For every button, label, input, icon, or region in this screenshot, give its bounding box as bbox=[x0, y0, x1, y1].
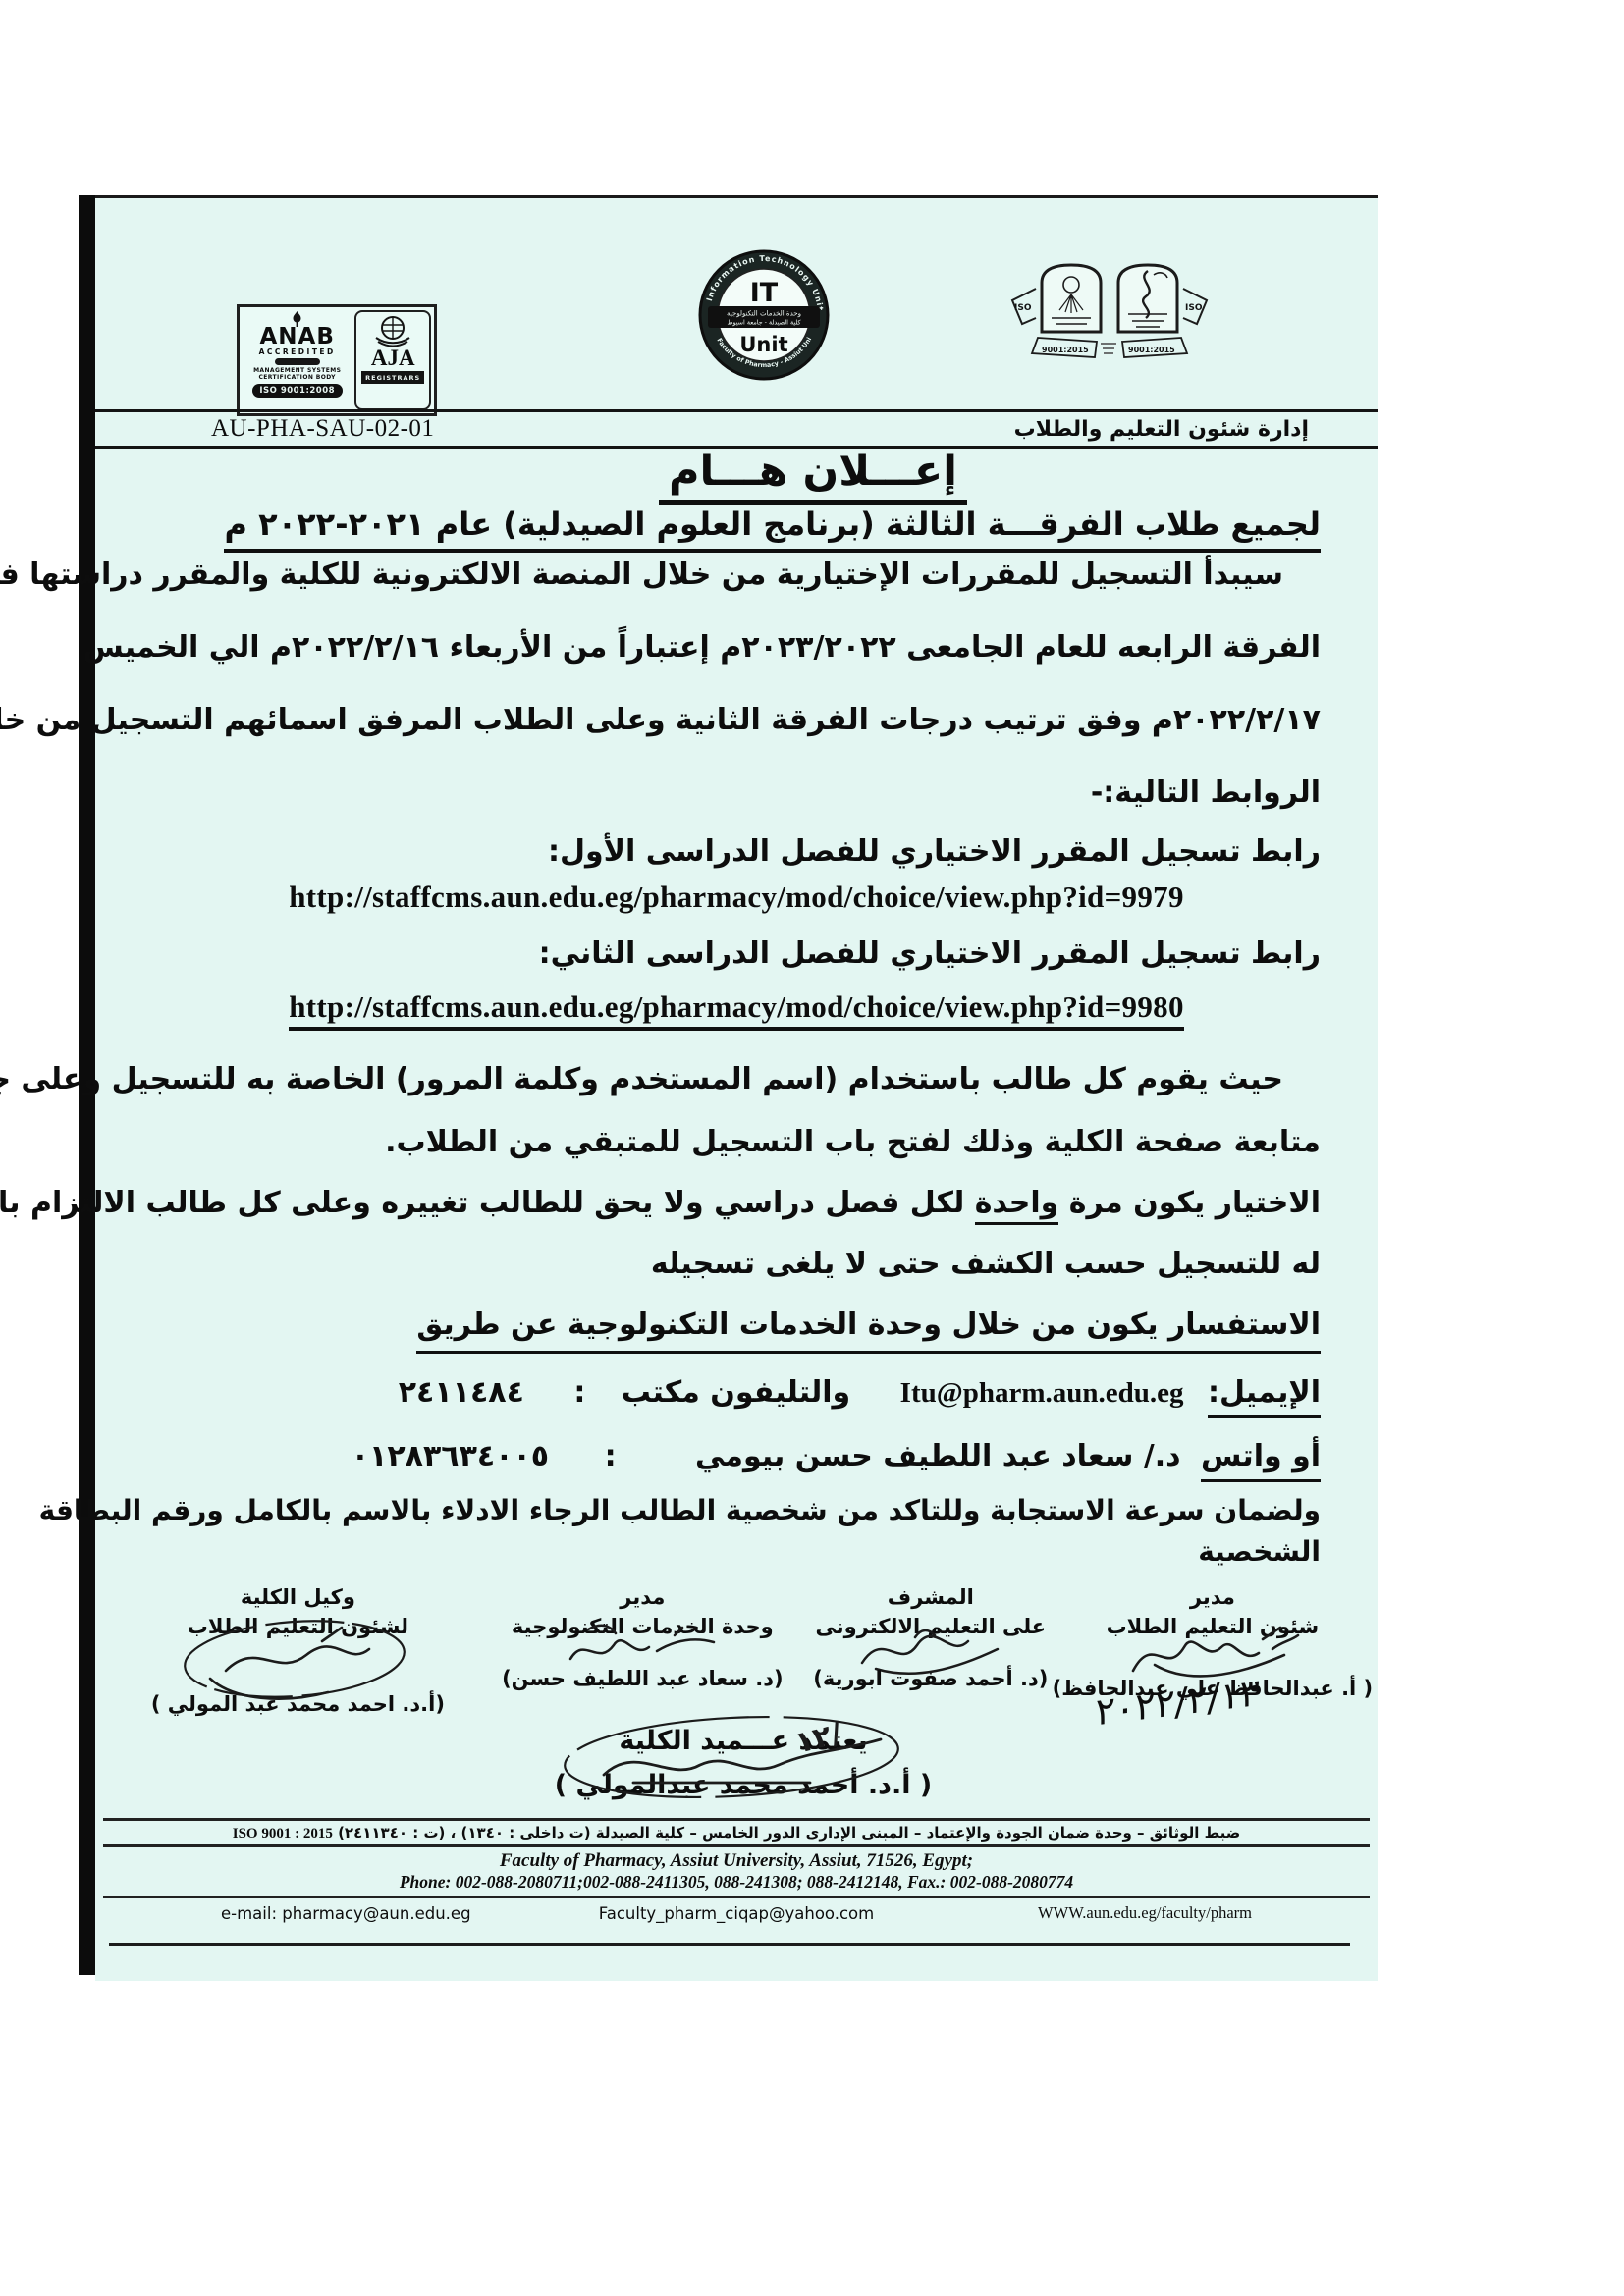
anab-small-bar bbox=[275, 358, 320, 365]
anab-iso-badge: ISO 9001:2008 bbox=[252, 384, 343, 398]
dean-name: ( أ.د. أحمد محمد عبدالمولي ) bbox=[508, 1770, 979, 1800]
seal-iso-left: ISO bbox=[1014, 303, 1032, 313]
footer-email-2[interactable]: Faculty_pharm_ciqap@yahoo.com bbox=[509, 1904, 964, 1923]
sig4-title1: وكيل الكلية bbox=[241, 1582, 355, 1612]
body-line-1: سيبدأ التسجيل للمقررات الإختيارية من خلا… bbox=[0, 558, 1283, 592]
announcement-subtitle: لجميع طلاب الفرقـــة الثالثة (برنامج الع… bbox=[224, 506, 1321, 553]
phone-label: والتليفون مكتب bbox=[622, 1375, 850, 1410]
footer-email-1[interactable]: e-mail: pharmacy@aun.edu.eg bbox=[103, 1904, 509, 1923]
it-seal-top-label: IT bbox=[750, 278, 779, 308]
sig1-title1: مدير bbox=[1190, 1582, 1235, 1612]
sig4-name: (أ.د. احمد محمد عبد المولي ) bbox=[151, 1692, 445, 1716]
sig3-title1: مدير bbox=[620, 1582, 665, 1612]
globe-icon bbox=[372, 314, 413, 347]
signature-tech-services-director: مدير وحدة الخدمات التكنولوجية (د. سعاد ع… bbox=[486, 1582, 799, 1716]
anab-logo: ANAB ACCREDITED MANAGEMENT SYSTEMS CERTI… bbox=[240, 307, 354, 413]
it-seal-bottom-label: Unit bbox=[739, 333, 787, 356]
body-line-6: متابعة صفحة الكلية وذلك لفتح باب التسجيل… bbox=[385, 1125, 1321, 1159]
footer-phones: Phone: 002-088-2080711;002-088-2411305, … bbox=[103, 1872, 1370, 1896]
page-title: إعـــلان هـــام bbox=[659, 447, 967, 505]
body-line-8: له للتسجيل حسب الكشف حتى لا يلغى تسجيله bbox=[651, 1247, 1321, 1281]
whatsapp-value: ٠١٢٨٣٦٣٤٠٠٥ bbox=[352, 1439, 549, 1473]
document-page: ANAB ACCREDITED MANAGEMENT SYSTEMS CERTI… bbox=[95, 195, 1378, 1981]
it-seal-band-line1: وحدة الخدمات التكنولوجية bbox=[727, 310, 801, 318]
inquiry-line: الاستفسار يكون من خلال وحدة الخدمات التك… bbox=[416, 1308, 1321, 1342]
dean-approval-block: ١٢/ يعتمد عـــميد الكلية ( أ.د. أحمد محم… bbox=[508, 1726, 979, 1800]
body-line-7-post: لكل فصل دراسي ولا يحق للطالب تغييره وعلى… bbox=[0, 1186, 975, 1220]
signature-vice-dean: وكيل الكلية لشئون التعليم الطلاب (أ.د. ا… bbox=[110, 1582, 486, 1716]
university-faculty-seal: ISO ISO 9001:2015 9001:2015 bbox=[1006, 259, 1213, 375]
body-line-2: الفرقة الرابعه للعام الجامعى ٢٠٢٣/٢٠٢٢م … bbox=[82, 630, 1321, 665]
whatsapp-label: أو واتس bbox=[1201, 1439, 1321, 1482]
dean-approve-label: يعتمد عـــميد الكلية bbox=[508, 1726, 979, 1756]
whatsapp-colon: : bbox=[605, 1439, 617, 1473]
footer-address: Faculty of Pharmacy, Assiut University, … bbox=[103, 1847, 1370, 1872]
aja-logo: AJA REGISTRARS bbox=[354, 310, 431, 410]
footer-arabic-text: ضبط الوثائق – وحدة ضمان الجودة والإعتماد… bbox=[338, 1824, 1240, 1842]
link1-label: رابط تسجيل المقرر الاختياري للفصل الدراس… bbox=[548, 834, 1321, 869]
link2-url-text[interactable]: http://staffcms.aun.edu.eg/pharmacy/mod/… bbox=[289, 989, 1184, 1031]
link1-url-text[interactable]: http://staffcms.aun.edu.eg/pharmacy/mod/… bbox=[289, 880, 1184, 914]
footer-rule-4 bbox=[109, 1943, 1350, 1946]
seal-ribbon-left: 9001:2015 bbox=[1042, 346, 1089, 354]
announcement-title-row: إعـــلان هـــام bbox=[95, 447, 1378, 505]
link2-label: رابط تسجيل المقرر الاختياري للفصل الدراس… bbox=[539, 936, 1321, 971]
anab-wordmark: ANAB bbox=[260, 327, 335, 347]
seal-ribbon-right: 9001:2015 bbox=[1128, 346, 1175, 354]
email-value[interactable]: Itu@pharm.aun.edu.eg bbox=[900, 1377, 1184, 1409]
footer-iso-label: ISO 9001 : 2015 bbox=[233, 1826, 333, 1842]
body-line-4: الروابط التالية:- bbox=[1091, 775, 1321, 810]
it-seal-band-line2: كلية الصيدلة - جامعة اسيوط bbox=[728, 319, 802, 327]
underlined-word-once: واحدة bbox=[975, 1186, 1059, 1225]
scanned-announcement: ANAB ACCREDITED MANAGEMENT SYSTEMS CERTI… bbox=[0, 0, 1624, 2296]
department-title: إدارة شئون التعليم والطلاب bbox=[1014, 417, 1378, 442]
email-line: الإيميل: Itu@pharm.aun.edu.eg والتليفون … bbox=[399, 1375, 1321, 1410]
note-line-2: الشخصية bbox=[1198, 1535, 1321, 1568]
inquiry-text: الاستفسار يكون من خلال وحدة الخدمات التك… bbox=[416, 1308, 1321, 1354]
body-line-5: حيث يقوم كل طالب باستخدام (اسم المستخدم … bbox=[0, 1062, 1283, 1096]
sig2-title1: المشرف bbox=[888, 1582, 974, 1612]
phone-value: ٢٤١١٤٨٤ bbox=[399, 1375, 524, 1410]
footer-arabic-line: ضبط الوثائق – وحدة ضمان الجودة والإعتماد… bbox=[103, 1821, 1370, 1844]
anab-aja-accreditation-logo: ANAB ACCREDITED MANAGEMENT SYSTEMS CERTI… bbox=[237, 304, 437, 416]
aja-wordmark: AJA bbox=[371, 347, 415, 369]
header-band: AU-PHA-SAU-02-01 إدارة شئون التعليم والط… bbox=[95, 409, 1378, 449]
anab-accredited-label: ACCREDITED bbox=[259, 347, 336, 356]
document-code: AU-PHA-SAU-02-01 bbox=[95, 415, 434, 443]
body-line-3: ٢٠٢٢/٢/١٧م وفق ترتيب درجات الفرقة الثاني… bbox=[0, 703, 1321, 737]
link1-url[interactable]: http://staffcms.aun.edu.eg/pharmacy/mod/… bbox=[95, 880, 1378, 915]
aja-registrars-band: REGISTRARS bbox=[361, 371, 424, 384]
footer: ضبط الوثائق – وحدة ضمان الجودة والإعتماد… bbox=[103, 1818, 1370, 1946]
footer-links-row: e-mail: pharmacy@aun.edu.eg Faculty_phar… bbox=[103, 1898, 1370, 1927]
link2-url[interactable]: http://staffcms.aun.edu.eg/pharmacy/mod/… bbox=[95, 989, 1378, 1025]
anab-subline-2: CERTIFICATION BODY bbox=[259, 374, 336, 381]
body-line-7-pre: الاختيار يكون مرة bbox=[1058, 1186, 1321, 1220]
footer-website[interactable]: WWW.aun.edu.eg/faculty/pharm bbox=[964, 1903, 1370, 1923]
whatsapp-name: د./ سعاد عبد اللطيف حسن بيومي bbox=[695, 1439, 1181, 1473]
body-line-7: الاختيار يكون مرة واحدة لكل فصل دراسي ول… bbox=[0, 1186, 1321, 1220]
phone-colon: : bbox=[573, 1375, 585, 1410]
note-line-1: ولضمان سرعة الاستجابة وللتاكد من شخصية ا… bbox=[39, 1494, 1321, 1526]
seal-iso-right: ISO bbox=[1185, 303, 1203, 313]
sig2-name: (د. أحمد صفوت ابورية) bbox=[813, 1667, 1048, 1690]
sig3-name: (د. سعاد عبد اللطيف حسن) bbox=[502, 1667, 784, 1690]
it-unit-seal: Information Technology Unit Faculty of P… bbox=[696, 247, 832, 383]
email-label: الإيميل: bbox=[1208, 1375, 1321, 1418]
signature-elearning-supervisor: المشرف على التعليم الالكترونى (د. أحمد ص… bbox=[799, 1582, 1062, 1716]
anab-subline-1: MANAGEMENT SYSTEMS bbox=[253, 367, 341, 374]
whatsapp-line: أو واتس د./ سعاد عبد اللطيف حسن بيومي : … bbox=[352, 1439, 1321, 1473]
